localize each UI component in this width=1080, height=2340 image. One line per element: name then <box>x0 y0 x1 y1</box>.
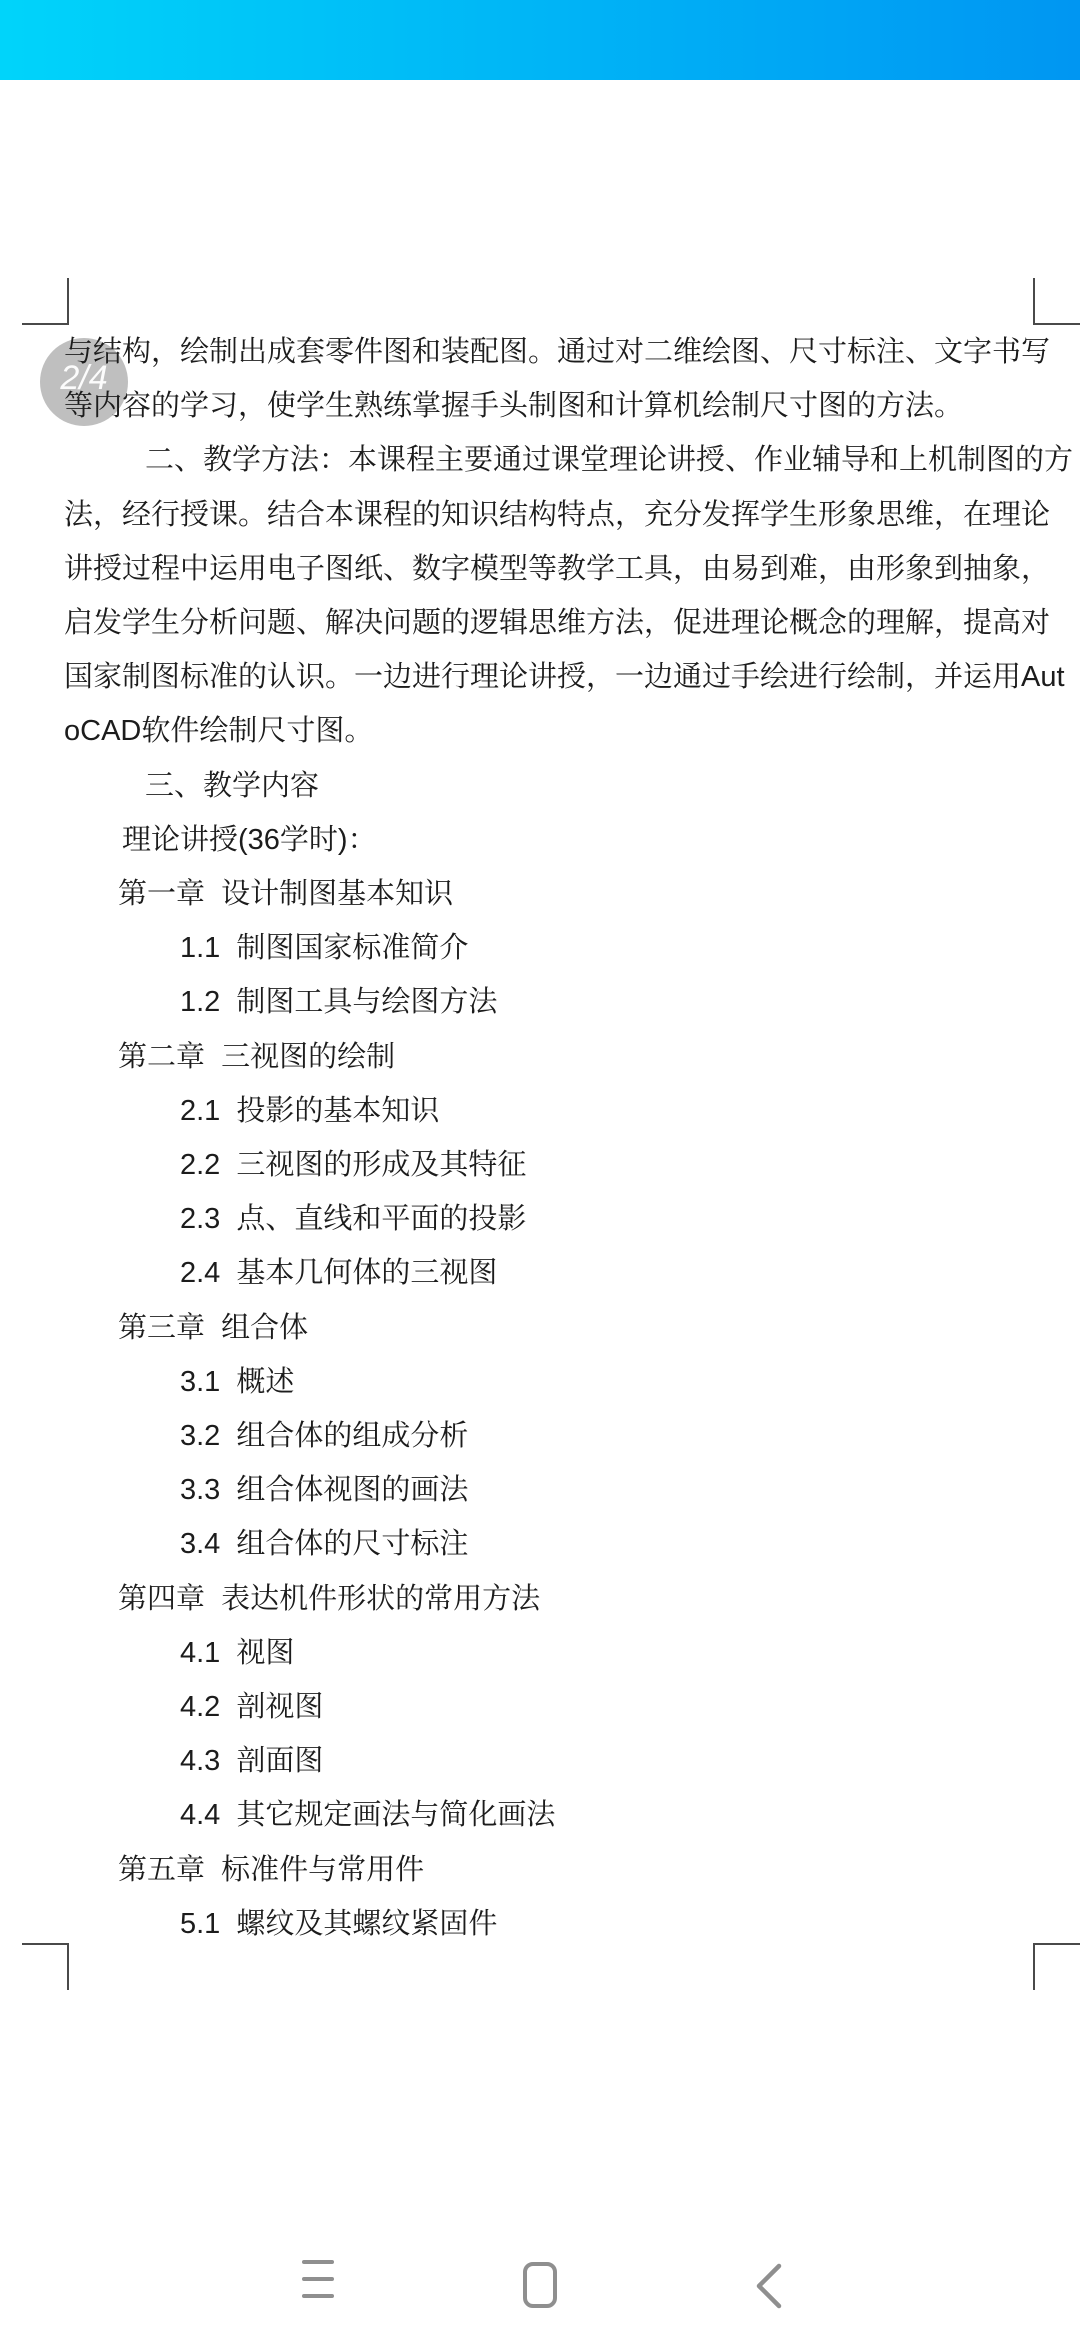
document-line: 4.3 剖面图 <box>180 1739 323 1783</box>
document-line: oCAD软件绘制尺寸图。 <box>64 709 373 753</box>
document-line: 第四章 表达机件形状的常用方法 <box>118 1577 540 1621</box>
menu-icon <box>302 2260 334 2298</box>
status-bar <box>0 0 1080 80</box>
document-line: 2.4 基本几何体的三视图 <box>180 1251 497 1295</box>
document-line: 3.4 组合体的尺寸标注 <box>180 1522 468 1566</box>
document-line: 2.2 三视图的形成及其特征 <box>180 1143 526 1187</box>
document-page[interactable]: 2/4 与结构，绘制出成套零件图和装配图。通过对二维绘图、尺寸标注、文字书写等内… <box>0 80 1080 2210</box>
document-line: 4.1 视图 <box>180 1631 294 1675</box>
back-icon <box>748 2260 792 2312</box>
document-line: 与结构，绘制出成套零件图和装配图。通过对二维绘图、尺寸标注、文字书写 <box>64 330 1050 374</box>
document-line: 等内容的学习，使学生熟练掌握手头制图和计算机绘制尺寸图的方法。 <box>64 384 963 428</box>
document-line: 1.2 制图工具与绘图方法 <box>180 980 497 1024</box>
document-line: 法，经行授课。结合本课程的知识结构特点，充分发挥学生形象思维，在理论 <box>64 493 1050 537</box>
nav-home-button[interactable] <box>480 2226 600 2326</box>
document-line: 5.1 螺纹及其螺纹紧固件 <box>180 1902 497 1946</box>
document-line: 讲授过程中运用电子图纸、数字模型等教学工具，由易到难，由形象到抽象， <box>64 547 1050 591</box>
document-line: 3.1 概述 <box>180 1360 294 1404</box>
document-line: 4.4 其它规定画法与简化画法 <box>180 1793 555 1837</box>
document-line: 国家制图标准的认识。一边进行理论讲授，一边通过手绘进行绘制，并运用Aut <box>64 655 1065 699</box>
document-line: 1.1 制图国家标准简介 <box>180 926 468 970</box>
document-line: 三、教学内容 <box>145 764 319 808</box>
document-line: 4.2 剖视图 <box>180 1685 323 1729</box>
document-line: 3.2 组合体的组成分析 <box>180 1414 468 1458</box>
document-line: 第二章 三视图的绘制 <box>118 1035 395 1079</box>
document-line: 理论讲授(36学时)： <box>122 818 377 862</box>
navigation-bar <box>0 2212 1080 2340</box>
document-line: 第五章 标准件与常用件 <box>118 1848 424 1892</box>
nav-menu-button[interactable] <box>258 2226 378 2326</box>
document-line: 第三章 组合体 <box>118 1306 308 1350</box>
document-line: 2.1 投影的基本知识 <box>180 1089 439 1133</box>
document-line: 二、教学方法：本课程主要通过课堂理论讲授、作业辅导和上机制图的方 <box>145 438 1073 482</box>
document-line: 启发学生分析问题、解决问题的逻辑思维方法，促进理论概念的理解，提高对 <box>64 601 1050 645</box>
document-line: 2.3 点、直线和平面的投影 <box>180 1197 526 1241</box>
home-icon <box>523 2262 557 2308</box>
document-text: 与结构，绘制出成套零件图和装配图。通过对二维绘图、尺寸标注、文字书写等内容的学习… <box>0 80 1080 2210</box>
document-line: 第一章 设计制图基本知识 <box>118 872 453 916</box>
document-line: 3.3 组合体视图的画法 <box>180 1468 468 1512</box>
nav-back-button[interactable] <box>710 2226 830 2326</box>
